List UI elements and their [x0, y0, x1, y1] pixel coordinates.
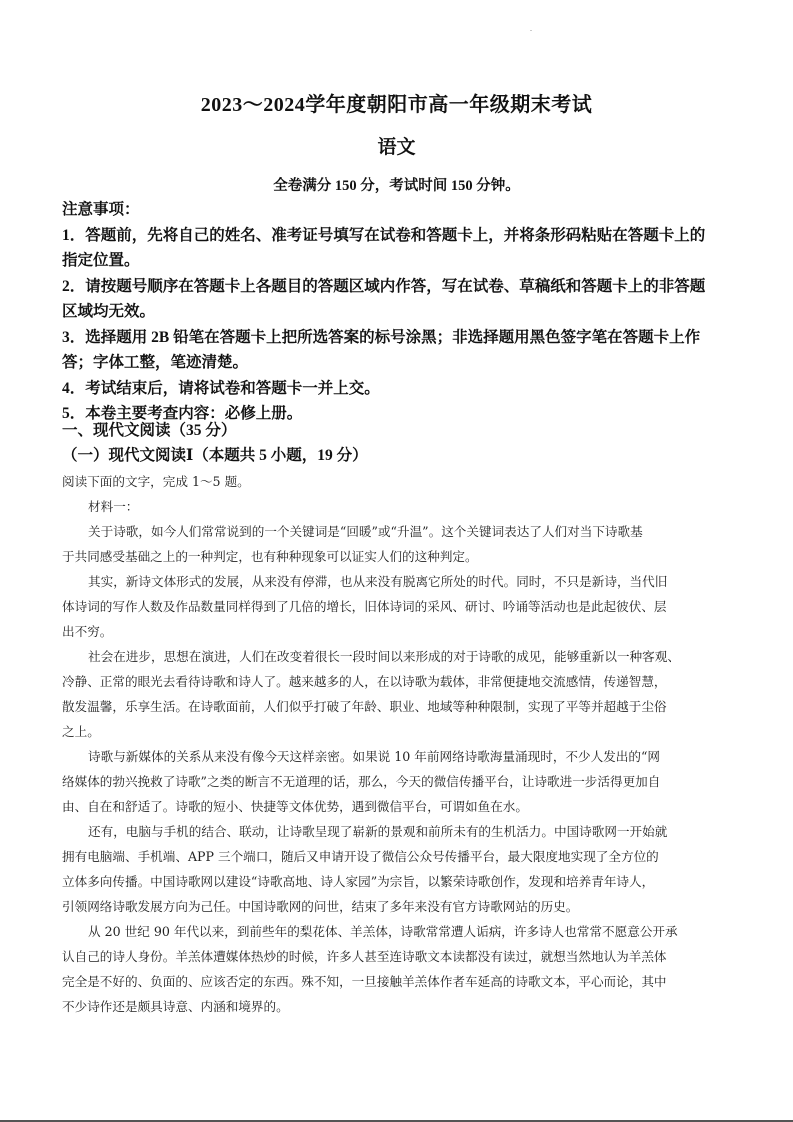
paragraph-line: 拥有电脑端、手机端、APP 三个端口，随后又申请开设了微信公众号传播平台，最大限…	[62, 844, 734, 869]
paragraph-line: 认自己的诗人身份。羊羔体遭媒体热炒的时候，许多人甚至连诗歌文本读都没有读过，就想…	[62, 944, 734, 969]
paragraph: 诗歌与新媒体的关系从来没有像今天这样亲密。如果说 10 年前网络诗歌海量涌现时，…	[62, 744, 734, 819]
exam-title: 2023～2024学年度朝阳市高一年级期末考试	[0, 88, 793, 117]
paragraph-line: 引领网络诗歌发展方向为己任。中国诗歌网的问世，结束了多年来没有官方诗歌网站的历史…	[62, 894, 734, 919]
paragraph: 社会在进步，思想在演进，人们在改变着很长一段时间以来形成的对于诗歌的成见，能够重…	[62, 644, 734, 744]
subsection-heading: （一）现代文阅读Ⅰ（本题共 5 小题，19 分）	[62, 443, 368, 465]
paragraph-line: 立体多向传播。中国诗歌网以建设“诗歌高地、诗人家园”为宗旨，以繁荣诗歌创作，发现…	[62, 869, 734, 894]
paragraph-line: 从 20 世纪 90 年代以来，到前些年的梨花体、羊羔体，诗歌常常遭人诟病，许多…	[62, 919, 734, 944]
paragraph-line: 体诗词的写作人数及作品数量同样得到了几倍的增长，旧体诗词的采风、研讨、吟诵等活动…	[62, 594, 734, 619]
scan-mark	[530, 30, 532, 31]
paragraph: 还有，电脑与手机的结合、联动，让诗歌呈现了崭新的景观和前所未有的生机活力。中国诗…	[62, 819, 734, 919]
paragraph-line: 社会在进步，思想在演进，人们在改变着很长一段时间以来形成的对于诗歌的成见，能够重…	[62, 644, 734, 669]
paragraph-line: 出不穷。	[62, 619, 734, 644]
paragraph-line: 还有，电脑与手机的结合、联动，让诗歌呈现了崭新的景观和前所未有的生机活力。中国诗…	[62, 819, 734, 844]
paragraph-line: 络媒体的勃兴挽救了诗歌”之类的断言不无道理的话，那么，今天的微信传播平台，让诗歌…	[62, 769, 734, 794]
paragraph-line: 由、自在和舒适了。诗歌的短小、快捷等文体优势，遇到微信平台，可谓如鱼在水。	[62, 794, 734, 819]
instruction-line: 3．选择题用 2B 铅笔在答题卡上把所选答案的标号涂黑；非选择题用黑色签字笔在答…	[62, 325, 742, 351]
paragraph-line: 关于诗歌，如今人们常常说到的一个关键词是“回暖”或“升温”。这个关键词表达了人们…	[62, 519, 734, 544]
paragraph-line: 之上。	[62, 719, 734, 744]
paragraph: 从 20 世纪 90 年代以来，到前些年的梨花体、羊羔体，诗歌常常遭人诟病，许多…	[62, 919, 734, 1019]
paragraph-line: 完全是不好的、负面的、应该否定的东西。殊不知，一旦接触羊羔体作者车延高的诗歌文本…	[62, 969, 734, 994]
exam-page: 2023～2024学年度朝阳市高一年级期末考试 语文 全卷满分 150 分，考试…	[0, 0, 793, 1122]
paragraph: 其实，新诗文体形式的发展，从来没有停滞，也从来没有脱离它所处的时代。同时，不只是…	[62, 569, 734, 644]
paragraph-line: 散发温馨，乐享生活。在诗歌面前，人们似乎打破了年龄、职业、地域等种种限制，实现了…	[62, 694, 734, 719]
paragraph-line: 于共同感受基础之上的一种判定，也有种种现象可以证实人们的这种判定。	[62, 544, 734, 569]
instructions-heading: 注意事项：	[62, 197, 742, 223]
instruction-line: 指定位置。	[62, 248, 742, 274]
material-label: 材料一：	[62, 494, 734, 519]
instruction-line: 2．请按题号顺序在答题卡上各题目的答题区域内作答，写在试卷、草稿纸和答题卡上的非…	[62, 274, 742, 300]
subject-title: 语文	[0, 132, 793, 159]
paragraph: 关于诗歌，如今人们常常说到的一个关键词是“回暖”或“升温”。这个关键词表达了人们…	[62, 519, 734, 569]
reading-passage: 阅读下面的文字，完成 1～5 题。 材料一： 关于诗歌，如今人们常常说到的一个关…	[62, 469, 734, 1019]
paragraph-line: 不少诗作还是颇具诗意、内涵和境界的。	[62, 994, 734, 1019]
instruction-line: 4．考试结束后，请将试卷和答题卡一并上交。	[62, 376, 742, 402]
instruction-line: 1．答题前，先将自己的姓名、准考证号填写在试卷和答题卡上，并将条形码粘贴在答题卡…	[62, 223, 742, 249]
paragraph-line: 诗歌与新媒体的关系从来没有像今天这样亲密。如果说 10 年前网络诗歌海量涌现时，…	[62, 744, 734, 769]
instruction-line: 区域均无效。	[62, 299, 742, 325]
paragraph-line: 冷静、正常的眼光去看待诗歌和诗人了。越来越多的人，在以诗歌为载体，非常便捷地交流…	[62, 669, 734, 694]
exam-meta: 全卷满分 150 分，考试时间 150 分钟。	[0, 174, 793, 195]
instruction-line: 答；字体工整，笔迹清楚。	[62, 350, 742, 376]
reading-prompt: 阅读下面的文字，完成 1～5 题。	[62, 469, 734, 494]
paragraph-line: 其实，新诗文体形式的发展，从来没有停滞，也从来没有脱离它所处的时代。同时，不只是…	[62, 569, 734, 594]
instructions: 注意事项： 1．答题前，先将自己的姓名、准考证号填写在试卷和答题卡上，并将条形码…	[62, 197, 742, 427]
section-heading: 一、现代文阅读（35 分）	[62, 418, 236, 440]
